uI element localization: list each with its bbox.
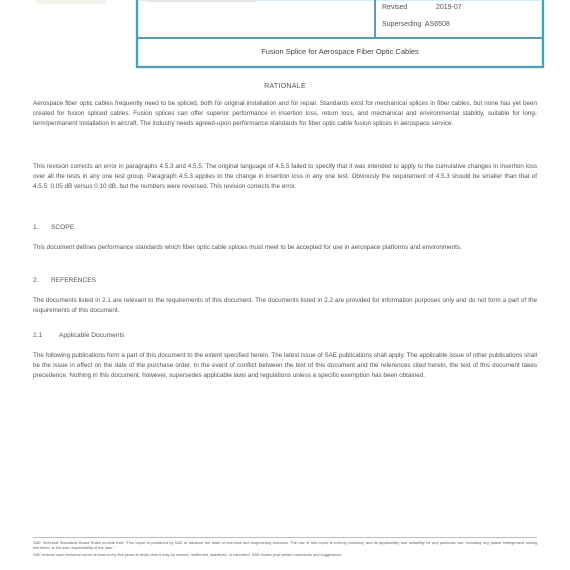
section-title: Applicable Documents: [59, 332, 125, 339]
section-number: 2.: [33, 276, 51, 286]
revised-label: Revised: [382, 4, 434, 11]
footer-notice: SAE Technical Standards Board Rules prov…: [33, 540, 537, 560]
revision-metadata: Revised 2019-07 Superseding AS6508: [374, 0, 542, 37]
applicable-documents-paragraph: The following publications form a part o…: [33, 351, 537, 382]
scope-paragraph: This document defines performance standa…: [33, 243, 537, 253]
document-title: Fusion Splice for Aerospace Fiber Optic …: [138, 37, 542, 66]
rationale-paragraph-1: Aerospace fiber optic cables frequently …: [33, 99, 537, 130]
section-heading-applicable-documents: 2.1Applicable Documents: [33, 331, 125, 341]
section-number: 1.: [33, 223, 51, 233]
section-title: SCOPE: [51, 224, 74, 231]
footer-divider: [33, 537, 537, 538]
header-top-section: Revised 2019-07 Superseding AS6508: [138, 0, 542, 39]
footer-line-2: SAE reviews each technical report at lea…: [33, 552, 537, 557]
section-title: REFERENCES: [51, 277, 96, 284]
superseding-row: Superseding AS6508: [382, 21, 450, 28]
section-heading-references: 2.REFERENCES: [33, 276, 96, 286]
revised-value: 2019-07: [436, 4, 462, 11]
revised-row: Revised 2019-07: [382, 4, 462, 11]
superseding-value: AS6508: [425, 21, 450, 28]
logo-remnant: [36, 0, 106, 4]
section-number: 2.1: [33, 331, 59, 341]
references-paragraph: The documents listed in 2.1 are relevant…: [33, 296, 537, 316]
document-header-box: Revised 2019-07 Superseding AS6508 Fusio…: [136, 0, 544, 68]
rationale-heading: RATIONALE: [33, 82, 537, 92]
rationale-paragraph-2: This revision corrects an error in parag…: [33, 162, 537, 193]
document-number-remnant: [146, 0, 256, 2]
section-heading-scope: 1.SCOPE: [33, 223, 74, 233]
footer-line-1: SAE Technical Standards Board Rules prov…: [33, 540, 537, 550]
superseding-label: Superseding: [382, 21, 421, 28]
